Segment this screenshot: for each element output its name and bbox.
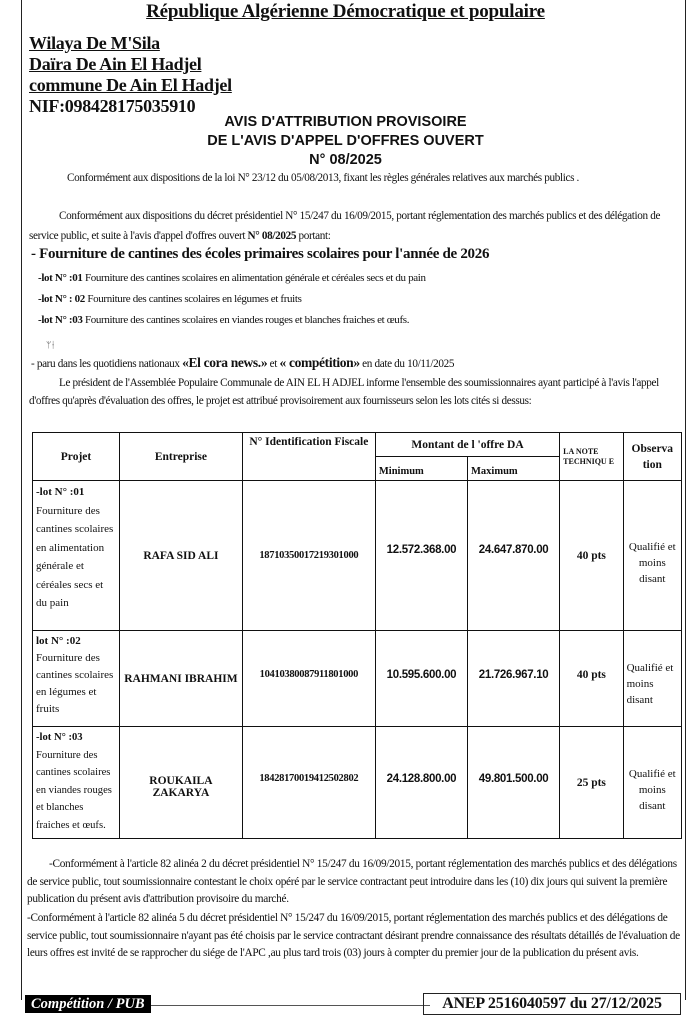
recourse-text: -Conformément à l'article 82 alinéa 2 du… <box>27 858 677 905</box>
lot-list-item: -lot N° : 02 Fourniture des cantines sco… <box>38 293 302 305</box>
parution-pre: - paru dans les quotidiens nationaux <box>31 358 182 370</box>
notice-title-1: AVIS D'ATTRIBUTION PROVISOIRE <box>0 113 691 131</box>
president-paragraph: Le président de l'Assemblée Populaire Co… <box>29 374 677 410</box>
cell-observation: Qualifié et moins disant <box>623 631 681 727</box>
lot-label: -lot N° :01 <box>38 272 83 284</box>
recourse-paragraph: -Conformément à l'article 82 alinéa 2 du… <box>27 856 682 909</box>
col-header-maximum: Maximum <box>468 457 560 481</box>
daira-line: Daïra De Ain El Hadjel <box>29 55 201 74</box>
wilaya-line: Wilaya De M'Sila <box>29 34 160 53</box>
cell-entreprise: RAHMANI IBRAHIM <box>120 631 243 727</box>
cell-observation: Qualifié et moins disant <box>623 481 681 631</box>
col-header-observation: Observa tion <box>623 433 681 481</box>
cell-entreprise: RAFA SID ALI <box>120 481 243 631</box>
cell-nif: 18428170019412502802 <box>242 727 375 839</box>
table-row: lot N° :02Fourniture des cantines scolai… <box>33 631 682 727</box>
lot-label: -lot N° : 02 <box>38 293 85 305</box>
lot-list-item: -lot N° :01 Fourniture des cantines scol… <box>38 272 426 284</box>
intro-paragraph-1: Conformément aux dispositions de la loi … <box>29 168 677 188</box>
parution-mid: et <box>267 358 279 370</box>
lot-number: lot N° :02 <box>36 635 81 647</box>
lot-number: -lot N° :03 <box>36 732 83 743</box>
cell-observation: Qualifié et moins disant <box>623 727 681 839</box>
attribution-table: Projet Entreprise N° Identification Fisc… <box>32 432 682 839</box>
footer-rule <box>110 1005 430 1006</box>
parution-date: en date du 10/11/2025 <box>360 358 454 370</box>
notice-title-3: N° 08/2025 <box>0 151 691 169</box>
cell-note: 40 pts <box>560 631 623 727</box>
cell-projet: lot N° :02Fourniture des cantines scolai… <box>33 631 120 727</box>
col-header-note: LA NOTE TECHNIQU E <box>560 433 623 481</box>
anep-reference: ANEP 2516040597 du 27/12/2025 <box>423 993 681 1015</box>
col-header-projet: Projet <box>33 433 120 481</box>
republic-heading: République Algérienne Démocratique et po… <box>0 1 691 23</box>
cell-nif: 10410380087911801000 <box>242 631 375 727</box>
col-header-montant: Montant de l 'offre DA <box>375 433 559 457</box>
cell-note: 25 pts <box>560 727 623 839</box>
intro-text-1: Conformément aux dispositions de la loi … <box>67 172 579 184</box>
cell-entreprise: ROUKAILA ZAKARYA <box>120 727 243 839</box>
intro-text-2: Conformément aux dispositions du décret … <box>29 210 660 242</box>
president-text: Le président de l'Assemblée Populaire Co… <box>29 377 659 407</box>
commune-line: commune De Ain El Hadjel <box>29 76 232 95</box>
cell-minimum: 24.128.800.00 <box>375 727 467 839</box>
lot-text: Fourniture des cantines scolaires en lég… <box>85 293 302 305</box>
lot-description: Fourniture des cantines scolaires en ali… <box>36 505 113 610</box>
cell-nif: 18710350017219301000 <box>242 481 375 631</box>
lot-label: -lot N° :03 <box>38 314 83 326</box>
newspaper-2: « compétition» <box>280 355 360 370</box>
tender-ref: N° 08/2025 <box>248 230 297 242</box>
lot-description: Fourniture des cantines scolaires en via… <box>36 750 112 831</box>
cell-minimum: 12.572.368.00 <box>375 481 467 631</box>
cell-maximum: 49.801.500.00 <box>468 727 560 839</box>
cell-minimum: 10.595.600.00 <box>375 631 467 727</box>
newspaper-notice: République Algérienne Démocratique et po… <box>0 0 691 1024</box>
publisher-badge: Compétition / PUB <box>25 995 151 1013</box>
cell-maximum: 21.726.967.10 <box>468 631 560 727</box>
cell-maximum: 24.647.870.00 <box>468 481 560 631</box>
lot-description: Fourniture des cantines scolaires en lég… <box>36 652 113 715</box>
lot-text: Fourniture des cantines scolaires en ali… <box>83 272 426 284</box>
lot-list-item: -lot N° :03 Fourniture des cantines scol… <box>38 314 409 326</box>
intro-text-2b: portant: <box>296 230 330 242</box>
col-header-entreprise: Entreprise <box>120 433 243 481</box>
notice-title-2: DE L'AVIS D'APPEL D'OFFRES OUVERT <box>0 132 691 150</box>
tender-subject: - Fourniture de cantines des écoles prim… <box>31 246 489 263</box>
cell-projet: -lot N° :03Fourniture des cantines scola… <box>33 727 120 839</box>
scan-artifact: ᛘᛂ <box>46 340 55 350</box>
results-paragraph: -Conformément à l'article 82 alinéa 5 du… <box>27 910 682 963</box>
publication-line: - paru dans les quotidiens nationaux «El… <box>31 355 454 371</box>
col-header-nif: N° Identification Fiscale <box>242 433 375 481</box>
intro-paragraph-2: Conformément aux dispositions du décret … <box>29 206 677 246</box>
table-row: -lot N° :03Fourniture des cantines scola… <box>33 727 682 839</box>
col-header-minimum: Minimum <box>375 457 467 481</box>
newspaper-1: «El cora news.» <box>182 355 267 370</box>
cell-projet: -lot N° :01Fourniture des cantines scola… <box>33 481 120 631</box>
results-text: -Conformément à l'article 82 alinéa 5 du… <box>27 912 680 959</box>
table-row: -lot N° :01Fourniture des cantines scola… <box>33 481 682 631</box>
cell-note: 40 pts <box>560 481 623 631</box>
lot-number: -lot N° :01 <box>36 486 84 498</box>
lot-text: Fourniture des cantines scolaires en via… <box>83 314 410 326</box>
